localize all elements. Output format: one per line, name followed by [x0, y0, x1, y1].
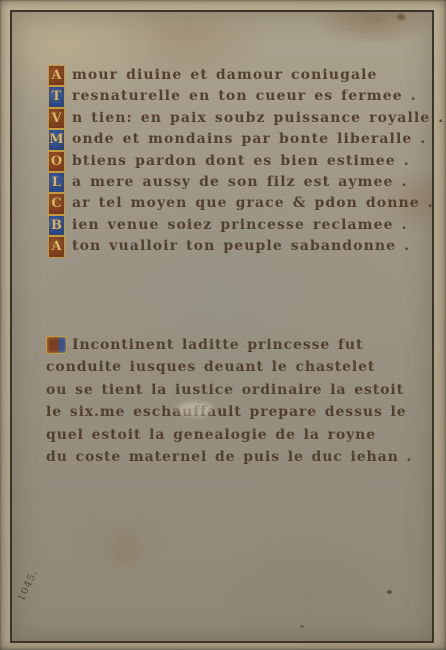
poem-line: C ar tel moyen que grace & pdon donne . — [48, 193, 444, 214]
poem-block: A mour diuine et damour coniugale T resn… — [48, 65, 444, 258]
poem-line-text: a mere aussy de son filz est aymee . — [72, 172, 407, 193]
illuminated-initial: A — [48, 236, 65, 257]
poem-line-text: ton vualloir ton peuple sabandonne . — [72, 236, 410, 257]
prose-line: du coste maternel de puis le duc iehan . — [46, 446, 416, 468]
illuminated-initial: A — [48, 65, 65, 86]
manuscript-photo: { "page": { "description": "Photograph o… — [0, 0, 446, 650]
prose-line-text: Incontinent laditte princesse fut — [72, 334, 363, 356]
correction-smudge — [177, 402, 213, 417]
shelfmark-inscription: 1045. — [16, 568, 40, 603]
illuminated-initial: L — [48, 172, 65, 193]
manuscript-leaf: A mour diuine et damour coniugale T resn… — [10, 10, 434, 643]
illuminated-initial: O — [48, 151, 65, 172]
poem-line-text: resnaturelle en ton cueur es fermee . — [72, 86, 417, 107]
stain-spot — [300, 625, 304, 628]
stain-spot — [112, 532, 138, 566]
prose-line: Incontinent laditte princesse fut — [46, 334, 416, 356]
poem-line-text: ar tel moyen que grace & pdon donne . — [72, 193, 434, 214]
illuminated-initial-block — [46, 336, 67, 354]
poem-line-text: n tien: en paix soubz puissance royalle … — [72, 108, 444, 129]
prose-line: conduite iusques deuant le chastelet — [46, 356, 416, 378]
poem-line: L a mere aussy de son filz est aymee . — [48, 172, 444, 193]
stain-spot — [387, 590, 392, 594]
poem-line-text: mour diuine et damour coniugale — [72, 65, 378, 86]
illuminated-initial: B — [48, 215, 65, 236]
poem-line: V n tien: en paix soubz puissance royall… — [48, 108, 444, 129]
poem-line-text: onde et mondains par bonte liberalle . — [72, 129, 426, 150]
poem-line: A mour diuine et damour coniugale — [48, 65, 444, 86]
illuminated-initial: T — [48, 86, 65, 107]
illuminated-initial: V — [48, 108, 65, 129]
poem-line: O btiens pardon dont es bien estimee . — [48, 151, 444, 172]
stain-spot — [397, 14, 405, 20]
poem-line-text: ien venue soiez princesse reclamee . — [72, 215, 408, 236]
illuminated-initial: M — [48, 129, 65, 150]
prose-block: Incontinent laditte princesse fut condui… — [46, 334, 416, 468]
prose-line: ou se tient la iustice ordinaire la esto… — [46, 379, 416, 401]
poem-line: B ien venue soiez princesse reclamee . — [48, 215, 444, 236]
poem-line: T resnaturelle en ton cueur es fermee . — [48, 86, 444, 107]
illuminated-initial: C — [48, 193, 65, 214]
prose-line: quel estoit la genealogie de la royne — [46, 424, 416, 446]
poem-line: A ton vualloir ton peuple sabandonne . — [48, 236, 444, 257]
poem-line: M onde et mondains par bonte liberalle . — [48, 129, 444, 150]
prose-line: le six.me eschauffault prepare dessus le — [46, 401, 416, 423]
poem-line-text: btiens pardon dont es bien estimee . — [72, 151, 410, 172]
